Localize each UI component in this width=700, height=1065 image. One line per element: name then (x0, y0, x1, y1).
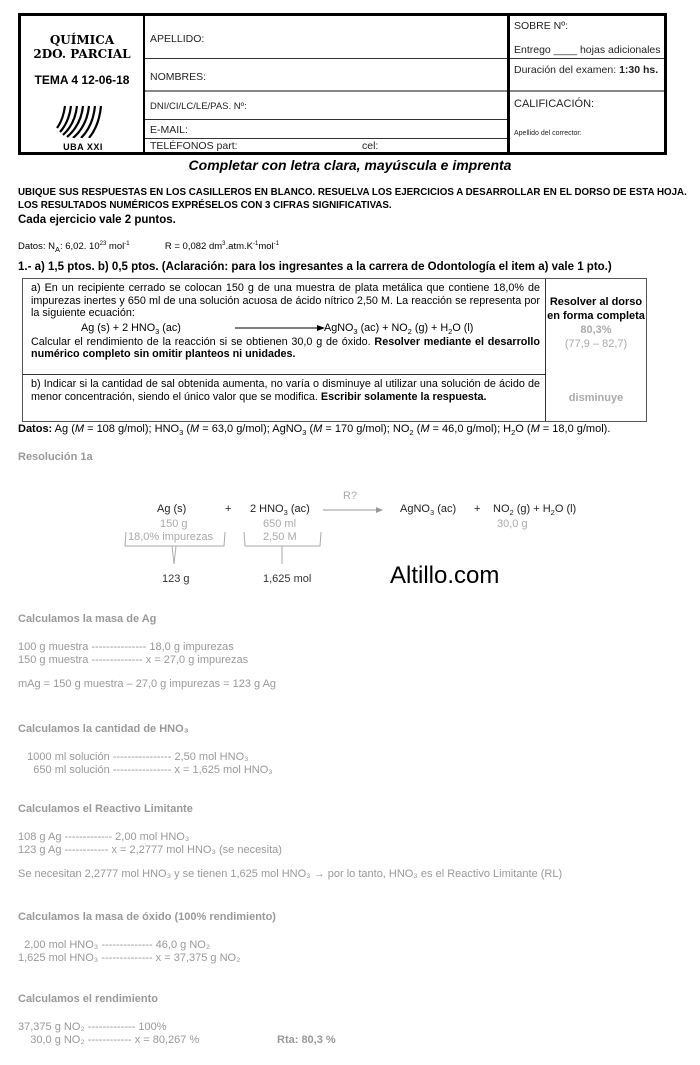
question-1b: b) Indicar si la cantidad de sal obtenid… (23, 375, 546, 421)
uba-xxi-logo-icon (55, 104, 105, 138)
apellido-field[interactable]: APELLIDO: (145, 33, 507, 45)
telefono-field[interactable]: TELÉFONOS part: (145, 140, 507, 152)
hojas-adicionales: Entrego ____ hojas adicionales (510, 44, 664, 56)
section-title: Calculamos la cantidad de HNO₃ (18, 723, 189, 735)
calc-line: 2,00 mol HNO₃ -------------- 46,0 g NO₂ (18, 939, 240, 952)
scheme-plus: + (474, 503, 480, 515)
duracion: Duración del examen: 1:30 hs. (510, 64, 664, 76)
answer-1a-box: Resolver al dorso en forma completa 80,3… (546, 279, 646, 375)
calc-line (18, 666, 276, 678)
section-title: Calculamos la masa de óxido (100% rendim… (18, 911, 276, 923)
answer-1b-box: disminuye (546, 375, 646, 421)
question-1b-bold: Escribir solamente la respuesta. (321, 391, 487, 403)
exam-header: QUÍMICA 2DO. PARCIAL TEMA 4 12-06-18 UBA… (18, 13, 667, 155)
scheme-ag-mass: 150 g (160, 518, 188, 530)
calc-line: 30,0 g NO₂ ------------ x = 80,267 % (18, 1034, 199, 1047)
section-title: Calculamos el rendimiento (18, 993, 158, 1005)
calc-line: 650 ml solución ---------------- x = 1,6… (18, 764, 273, 777)
calc-line: 1000 ml solución ---------------- 2,50 m… (18, 751, 273, 764)
scheme-ag: Ag (s) (157, 503, 186, 515)
nombres-field[interactable]: NOMBRES: (145, 71, 507, 83)
calc-line: 1,625 mol HNO₃ -------------- x = 37,375… (18, 952, 240, 965)
reaction-arrow-icon (235, 324, 325, 332)
question-1a-text: a) En un recipiente cerrado se colocan 1… (31, 282, 540, 320)
fill-instruction: Completar con letra clara, mayúscula e i… (0, 157, 700, 173)
duracion-value: 1:30 hs. (619, 64, 658, 76)
tema-date: TEMA 4 12-06-18 (21, 73, 143, 87)
scheme-hno3-result: 1,625 mol (263, 573, 311, 585)
header-course-block: QUÍMICA 2DO. PARCIAL TEMA 4 12-06-18 UBA… (21, 16, 145, 152)
email-field[interactable]: E-MAIL: (145, 124, 507, 136)
arrow-label: R? (343, 490, 357, 502)
answer-1a-title: Resolver al dorso en forma completa (546, 295, 646, 323)
scheme-arrow-icon (323, 506, 383, 514)
scheme-hno3-volume: 650 ml (263, 518, 296, 530)
exam-info-block: SOBRE Nº: Entrego ____ hojas adicionales… (507, 16, 664, 152)
brace-lines (124, 530, 334, 570)
instructions: UBIQUE SUS RESPUESTAS EN LOS CASILLEROS … (18, 186, 687, 212)
calc-line: mAg = 150 g muestra – 27,0 g impurezas =… (18, 678, 276, 691)
corrector-field: Apellido del corrector: (510, 130, 664, 137)
section-body: 1000 ml solución ---------------- 2,50 m… (18, 751, 273, 776)
answer-1a-value: 80,3% (546, 323, 646, 337)
calificacion-field: CALIFICACIÓN: (510, 98, 664, 110)
calc-line: Se necesitan 2,2777 mol HNO₃ y se tienen… (18, 868, 562, 881)
dni-field[interactable]: DNI/CI/LC/LE/PAS. Nº: (145, 101, 507, 112)
calc-line: 150 g muestra -------------- x = 27,0 g … (18, 654, 276, 667)
section-body: 2,00 mol HNO₃ -------------- 46,0 g NO₂1… (18, 939, 240, 964)
instruction-line: UBIQUE SUS RESPUESTAS EN LOS CASILLEROS … (18, 186, 687, 199)
section-body: 100 g muestra --------------- 18,0 g imp… (18, 641, 276, 691)
subject-title: QUÍMICA 2DO. PARCIAL (21, 33, 143, 61)
calc-line: 100 g muestra --------------- 18,0 g imp… (18, 641, 276, 654)
sobre-field[interactable]: SOBRE Nº: (510, 20, 664, 32)
calc-line: 108 g Ag ------------- 2,00 mol HNO₃ (18, 831, 562, 844)
molar-masses-data: Datos: Ag (M = 108 g/mol); HNO3 (M = 63,… (18, 423, 610, 437)
student-fields: APELLIDO: NOMBRES: DNI/CI/LC/LE/PAS. Nº:… (145, 16, 507, 152)
answer-1a-range: (77,9 – 82,7) (546, 337, 646, 351)
points-note: Cada ejercicio vale 2 puntos. (18, 214, 176, 226)
final-answer: Rta: 80,3 % (277, 1034, 336, 1046)
instruction-line: LOS RESULTADOS NUMÉRICOS EXPRÉSELOS CON … (18, 199, 687, 212)
question-1a: a) En un recipiente cerrado se colocan 1… (23, 279, 546, 375)
cel-field[interactable]: cel: (357, 140, 417, 152)
subject: QUÍMICA (21, 33, 143, 47)
watermark: Altillo.com (390, 562, 499, 590)
calc-line: 123 g Ag ------------ x = 2,2777 mol HNO… (18, 844, 562, 857)
duracion-label: Duración del examen: (514, 64, 619, 76)
question-1-box: a) En un recipiente cerrado se colocan 1… (22, 278, 647, 422)
exam-name: 2DO. PARCIAL (21, 47, 143, 61)
scheme-plus: + (225, 503, 231, 515)
resolution-title: Resolución 1a (18, 451, 93, 463)
section-title: Calculamos el Reactivo Limitante (18, 803, 193, 815)
constants-data: Datos: NA: 6,02. 1023 mol-1 R = 0,082 dm… (18, 241, 279, 254)
reaction-equation: Ag (s) + 2 HNO3 (ac) AgNO3 (ac) + NO2 (g… (31, 320, 540, 336)
section-body: 37,375 g NO₂ ------------- 100% 30,0 g N… (18, 1021, 199, 1046)
section-body: 108 g Ag ------------- 2,00 mol HNO₃123 … (18, 831, 562, 881)
logo-text: UBA XXI (21, 142, 145, 152)
calc-line: 37,375 g NO₂ ------------- 100% (18, 1021, 199, 1034)
question-1-header: 1.- a) 1,5 ptos. b) 0,5 ptos. (Aclaració… (18, 261, 612, 273)
section-title: Calculamos la masa de Ag (18, 613, 156, 625)
scheme-ag-result: 123 g (162, 573, 190, 585)
calc-line (18, 856, 562, 868)
scheme-no2-mass: 30,0 g (497, 518, 528, 530)
